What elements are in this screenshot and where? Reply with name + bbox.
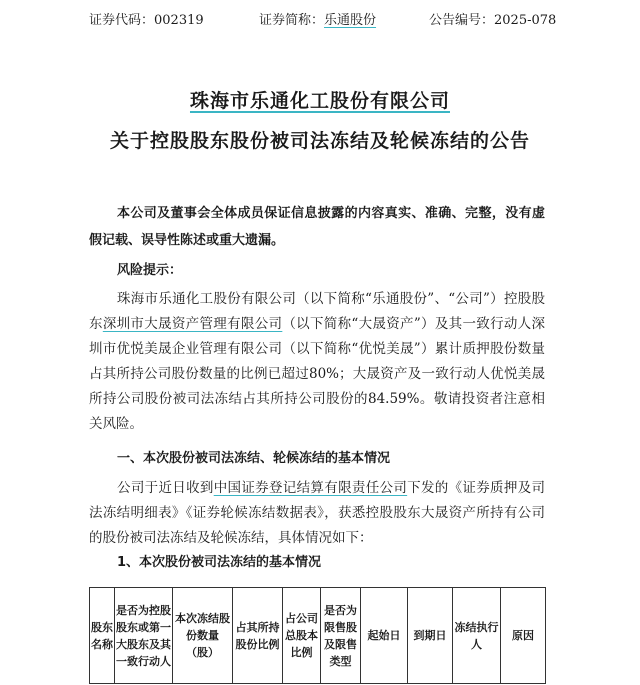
col-start-date: 起始日 xyxy=(361,588,408,684)
col-frozen-shares: 本次冻结股份数量（股） xyxy=(173,588,233,684)
col-executor: 冻结执行人 xyxy=(453,588,501,684)
announcement-title: 关于控股股东股份被司法冻结及轮候冻结的公告 xyxy=(0,128,640,154)
stock-short-name-link[interactable]: 乐通股份 xyxy=(324,13,376,28)
risk-paragraph: 珠海市乐通化工股份有限公司（以下简称“乐通股份”、“公司”）控股股东深圳市大晟资… xyxy=(89,287,545,437)
col-is-controlling-shareholder: 是否为控股股东或第一大股东及其一致行动人 xyxy=(115,588,173,684)
risk-text-b: （以下简称“大晟资产”）及其一致行动人深圳市优悦美晟企业管理有限公司（以下简称“… xyxy=(89,316,545,432)
board-statement: 本公司及董事会全体成员保证信息披露的内容真实、准确、完整，没有虚假记载、误导性陈… xyxy=(89,200,545,254)
risk-heading: 风险提示： xyxy=(89,258,545,283)
company-title: 珠海市乐通化工股份有限公司 xyxy=(0,88,640,114)
section-1-text-a: 公司于近日收到 xyxy=(117,480,214,496)
col-shareholder-name: 股东名称 xyxy=(90,588,115,684)
stock-code: 证券代码：002319 xyxy=(89,11,204,31)
table-header-row: 股东名称 是否为控股股东或第一大股东及其一致行动人 本次冻结股份数量（股） 占其… xyxy=(90,588,546,684)
col-end-date: 到期日 xyxy=(408,588,453,684)
announcement-page: 证券代码：002319 证券简称：乐通股份 公告编号：2025-078 珠海市乐… xyxy=(0,0,640,685)
stock-short-name-label: 证券简称： xyxy=(259,13,324,28)
col-restricted-shares: 是否为限售股及限售类型 xyxy=(321,588,361,684)
stock-code-label: 证券代码： xyxy=(89,13,154,28)
notice-number: 公告编号：2025-078 xyxy=(429,11,556,31)
col-ratio-of-holdings: 占其所持股份比例 xyxy=(233,588,283,684)
freeze-details-table: 股东名称 是否为控股股东或第一大股东及其一致行动人 本次冻结股份数量（股） 占其… xyxy=(89,587,546,684)
document-header: 证券代码：002319 证券简称：乐通股份 公告编号：2025-078 xyxy=(0,11,640,31)
stock-short-name: 证券简称：乐通股份 xyxy=(259,11,376,31)
notice-number-label: 公告编号： xyxy=(429,13,494,28)
subsection-1-heading: 1、本次股份被司法冻结的基本情况 xyxy=(89,550,545,575)
shareholder-link[interactable]: 深圳市大晟资产管理有限公司 xyxy=(103,316,283,332)
section-1-paragraph: 公司于近日收到中国证券登记结算有限责任公司下发的《证券质押及司法冻结明细表》《证… xyxy=(89,476,545,551)
csdc-link[interactable]: 中国证券登记结算有限责任公司 xyxy=(214,480,407,496)
col-reason: 原因 xyxy=(501,588,546,684)
stock-code-value: 002319 xyxy=(154,13,204,28)
col-ratio-of-total-capital: 占公司总股本比例 xyxy=(283,588,321,684)
section-1-heading: 一、本次股份被司法冻结、轮候冻结的基本情况 xyxy=(89,446,545,471)
notice-number-value: 2025-078 xyxy=(494,13,556,28)
company-title-link[interactable]: 珠海市乐通化工股份有限公司 xyxy=(190,90,450,112)
